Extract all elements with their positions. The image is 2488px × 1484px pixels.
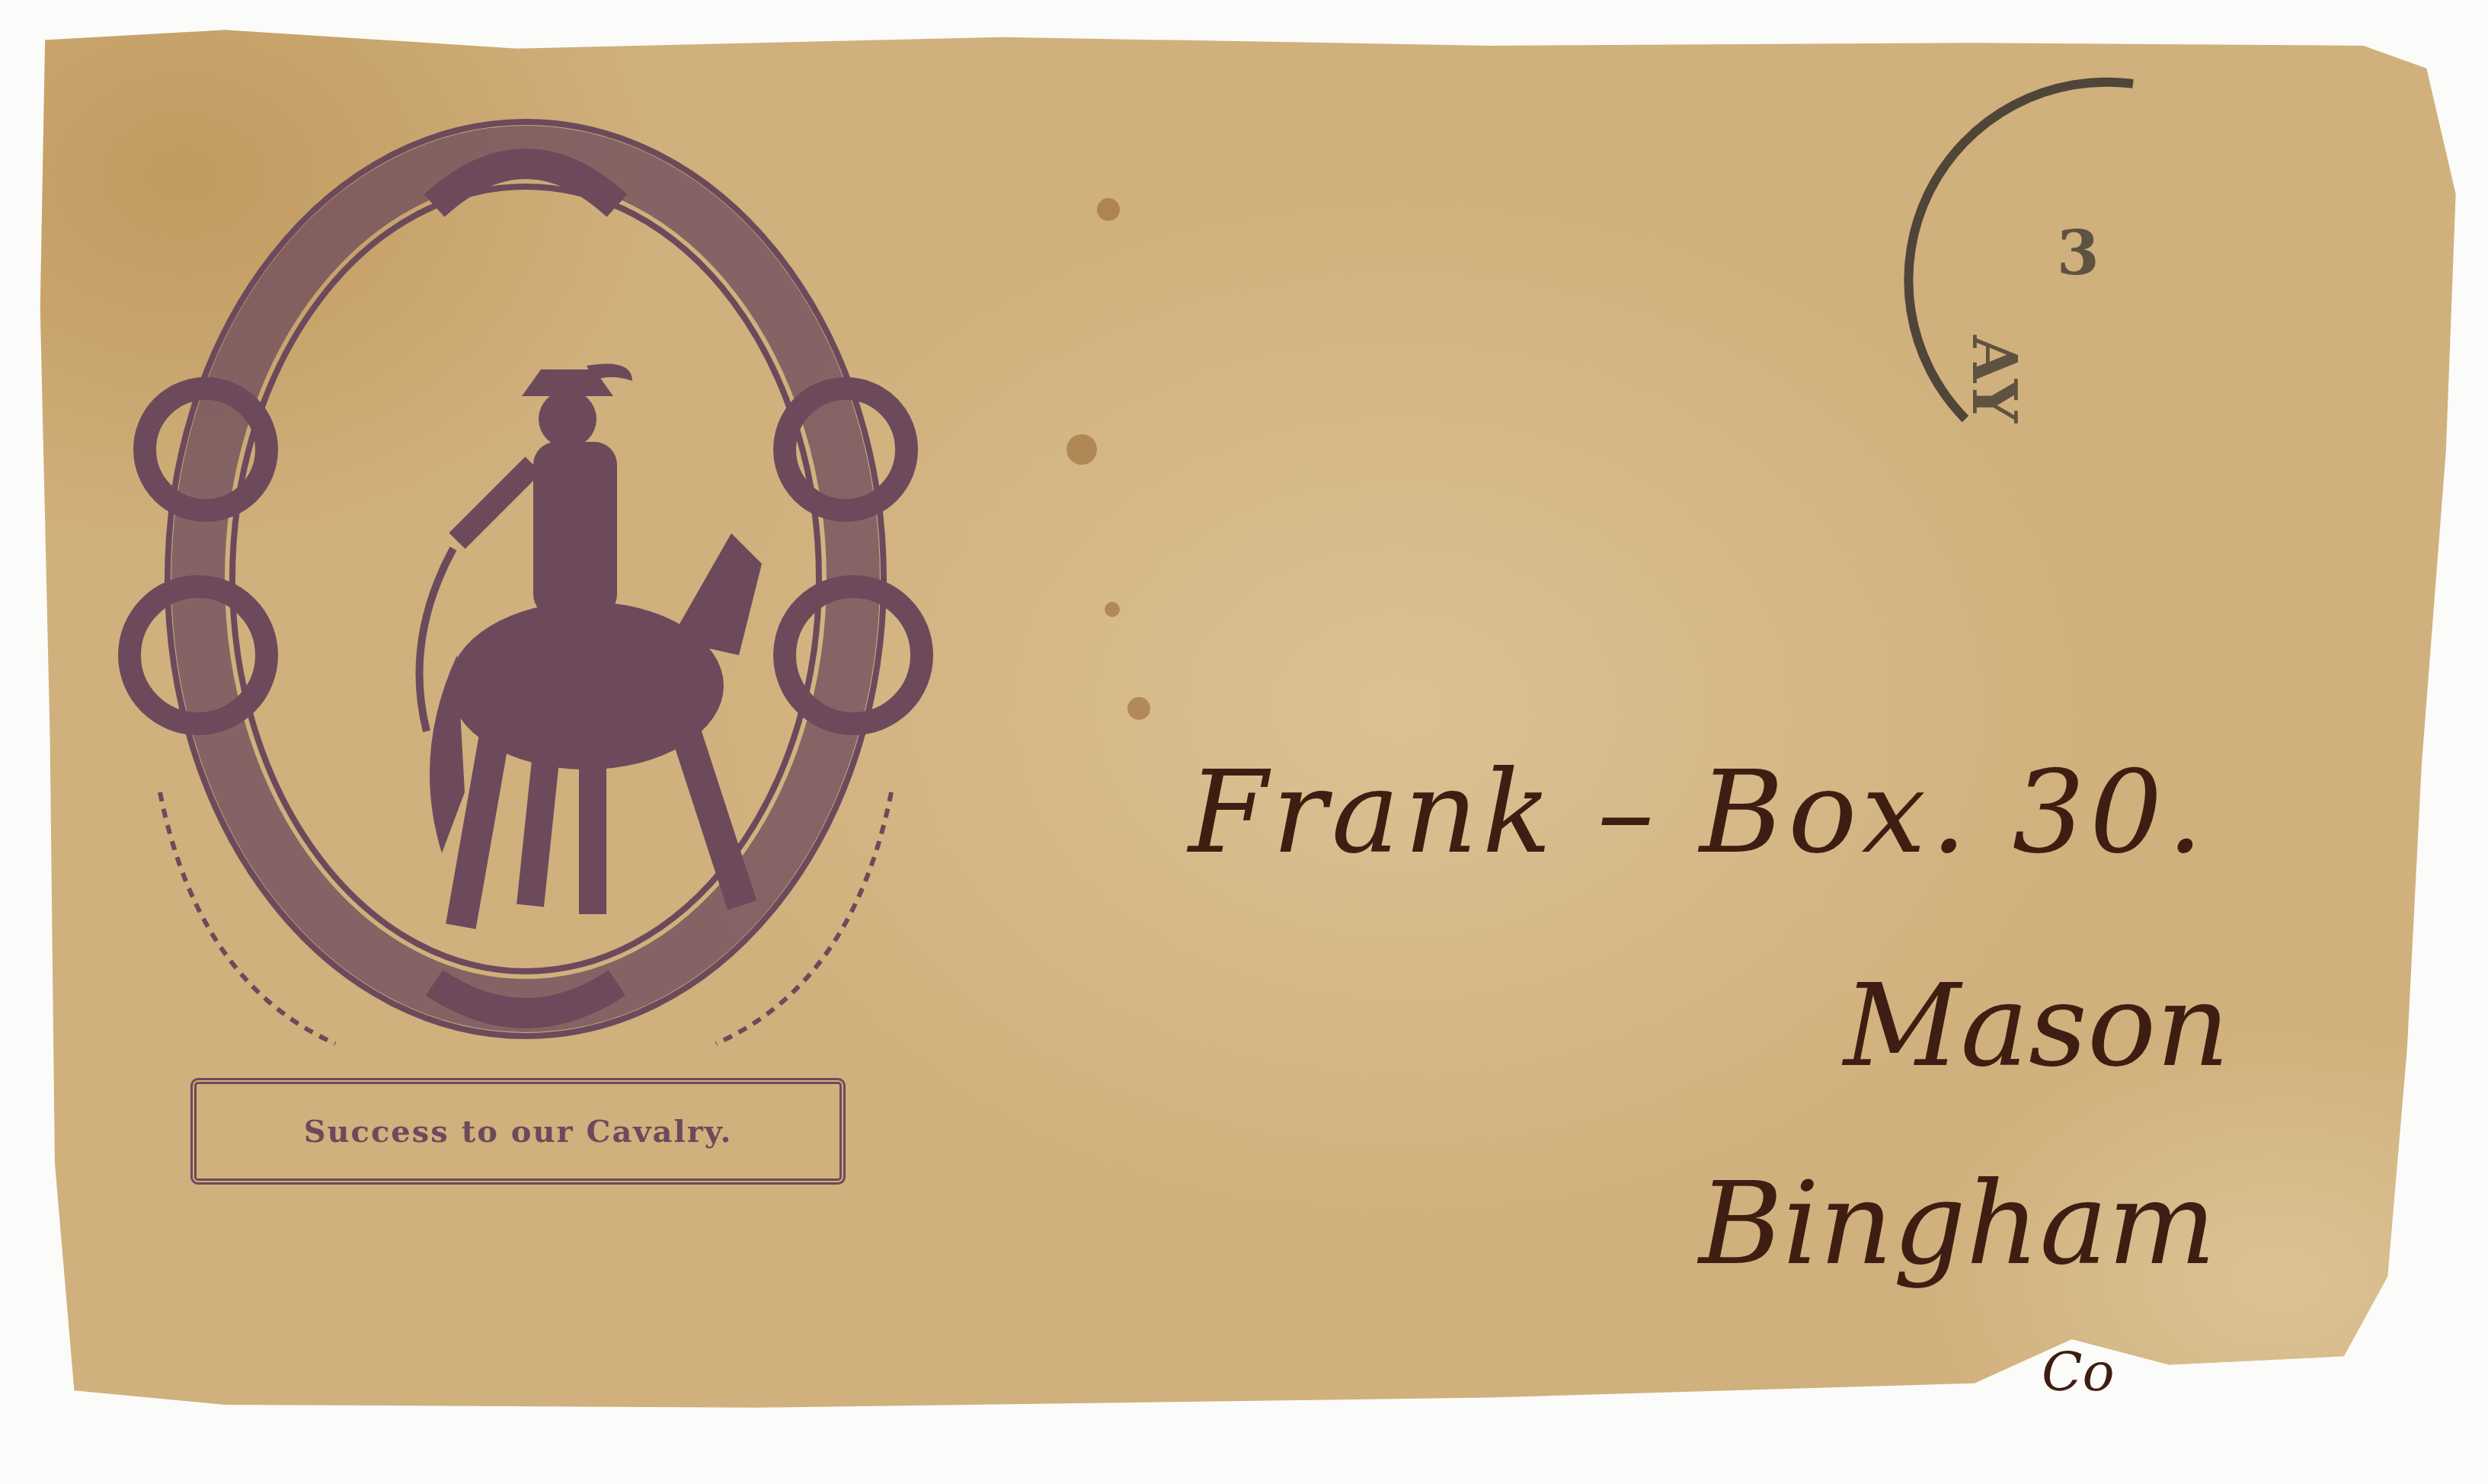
foxing-spot <box>1127 697 1150 720</box>
svg-text:AY: AY <box>1959 334 2030 424</box>
cavalry-vignette <box>107 107 945 1059</box>
caption-text: Success to our Cavalry. <box>304 1114 733 1150</box>
svg-text:3: 3 <box>2057 217 2099 289</box>
postmark-circle-icon: AY 3 <box>1859 61 2240 457</box>
foxing-spot <box>1067 434 1097 465</box>
address-name-line: Frank – Box. 30. <box>1188 747 2208 879</box>
postmark: AY 3 <box>1859 61 2240 457</box>
caption-banner: Success to our Cavalry. <box>190 1078 846 1185</box>
foxing-spot <box>1097 198 1120 221</box>
address-county-line: Bingham <box>1699 1158 2216 1291</box>
address-county-abbrev: Co <box>2042 1341 2115 1403</box>
foxing-spot <box>1105 602 1120 617</box>
address-town-line: Mason <box>1844 960 2230 1092</box>
cavalry-illustration-icon <box>107 107 945 1059</box>
